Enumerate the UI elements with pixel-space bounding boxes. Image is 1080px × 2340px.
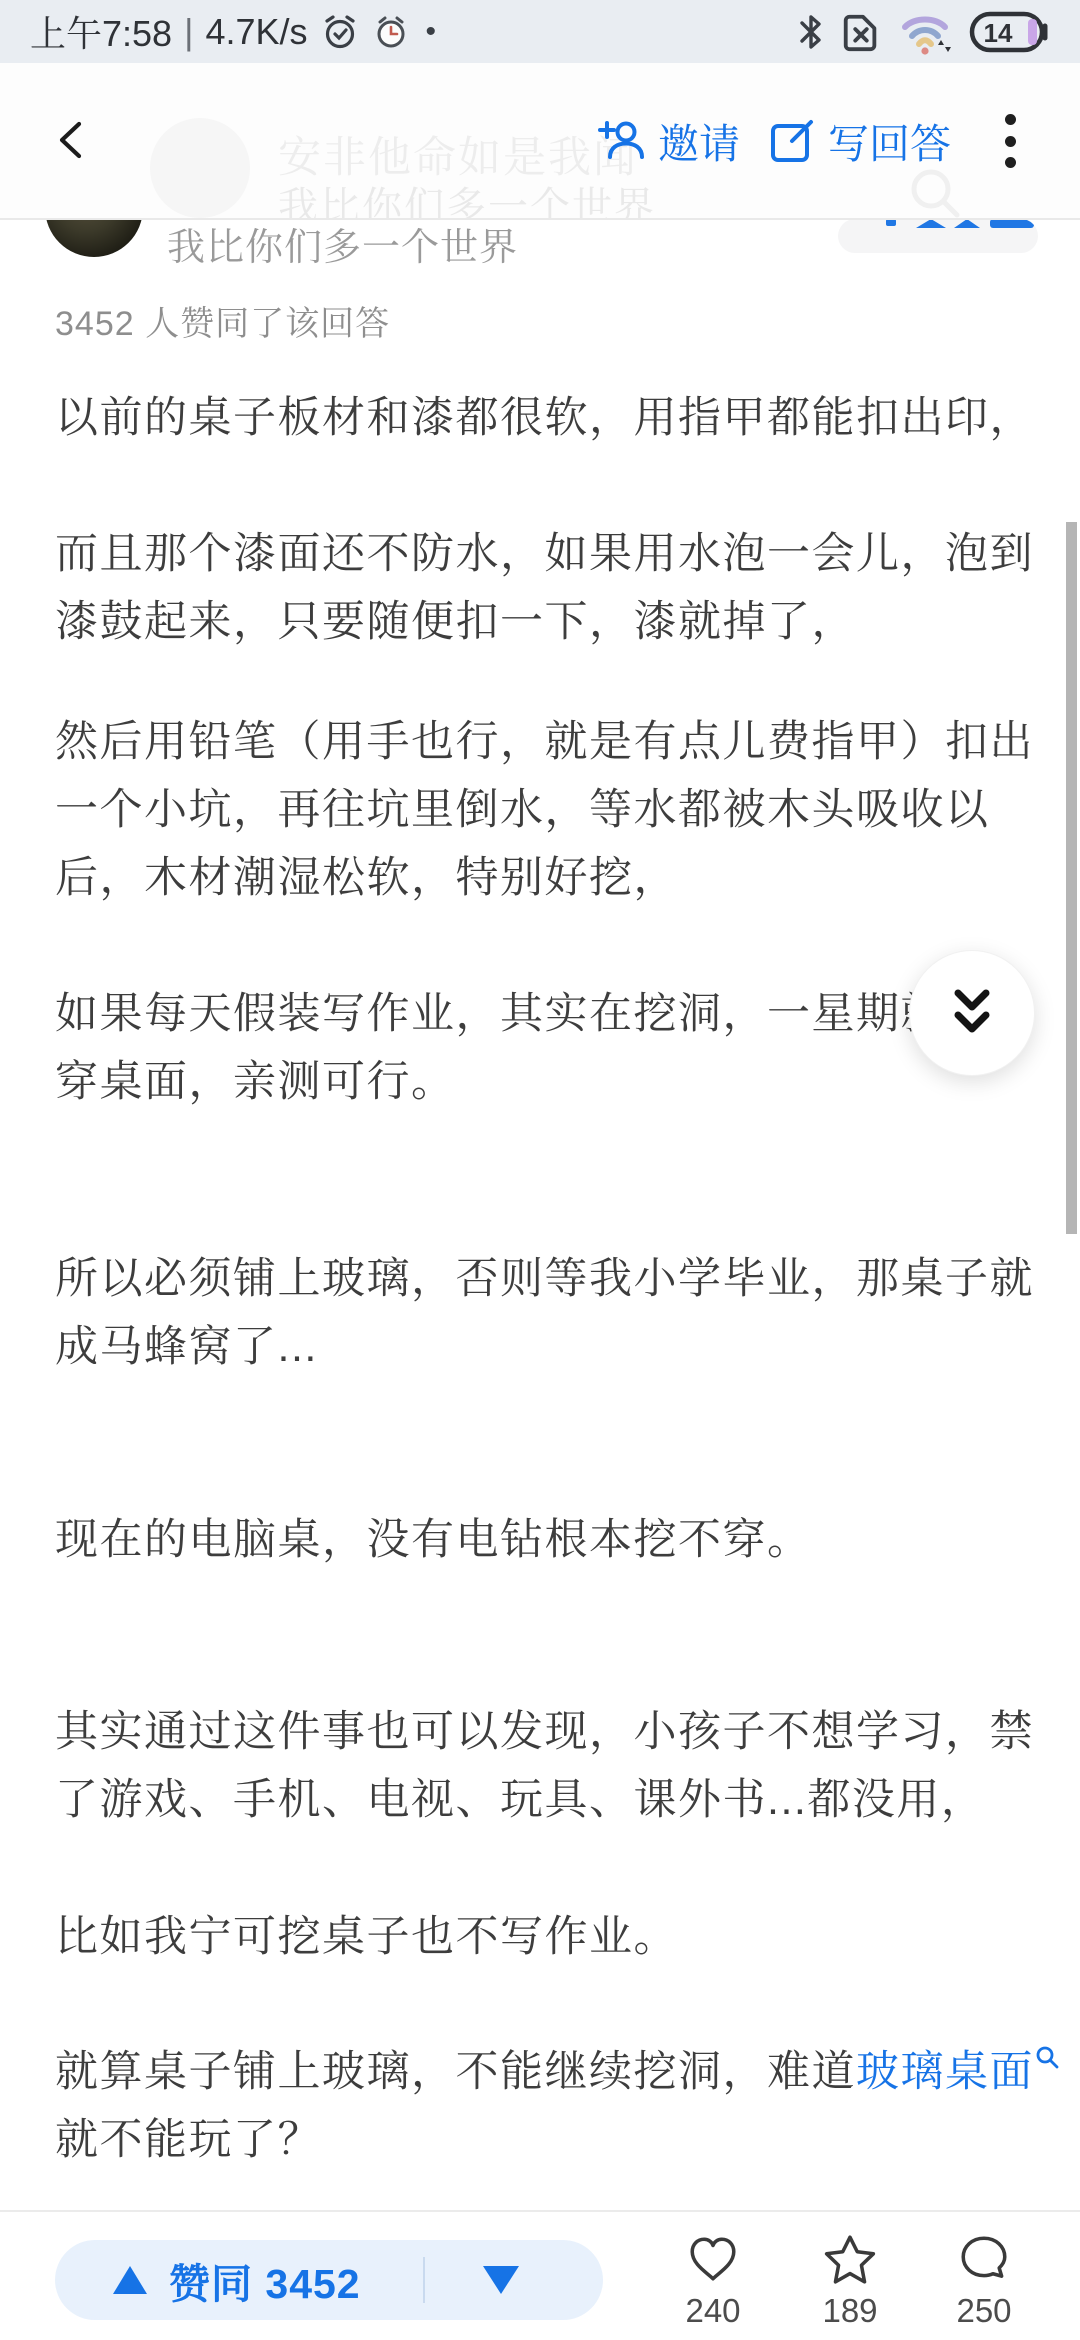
svg-text:14: 14 bbox=[984, 18, 1013, 48]
collapse-answer-fab[interactable] bbox=[909, 950, 1035, 1076]
write-answer-button[interactable]: 写回答 bbox=[766, 63, 951, 218]
answer-line: 其实通过这件事也可以发现，小孩子不想学习，禁 bbox=[55, 1698, 1034, 1766]
alarm-icon bbox=[320, 12, 360, 52]
toolbar: 安非他命如是我闻 我比你们多一个世界 邀请 bbox=[0, 63, 1080, 220]
answer-line: 穿桌面，亲测可行。 bbox=[55, 1048, 456, 1116]
battery-icon: 14 bbox=[968, 10, 1050, 54]
status-separator: | bbox=[184, 11, 193, 53]
answer-line: 如果每天假装写作业，其实在挖洞，一星期就挖 bbox=[55, 980, 990, 1048]
answer-line: 成马蜂窝了... bbox=[55, 1313, 318, 1381]
back-button[interactable] bbox=[48, 115, 98, 165]
status-bar: 上午7:58 | 4.7K/s • bbox=[0, 0, 1080, 63]
like-action[interactable]: 240 bbox=[671, 2232, 755, 2330]
answer-line-text: 就算桌子铺上玻璃，不能继续挖洞，难道 bbox=[55, 2048, 856, 2096]
status-time: 上午7:58 bbox=[30, 6, 172, 57]
comment-action[interactable]: 250 bbox=[942, 2232, 1026, 2330]
answer-line: 现在的电脑桌，没有电钻根本挖不穿。 bbox=[55, 1506, 812, 1574]
answer-line-with-link: 就算桌子铺上玻璃，不能继续挖洞，难道玻璃桌面 bbox=[55, 2038, 1060, 2106]
comment-count: 250 bbox=[942, 2292, 1026, 2330]
answer-line: 以前的桌子板材和漆都很软，用指甲都能扣出印， bbox=[55, 384, 1034, 452]
zhihu-answer-screen: 上午7:58 | 4.7K/s • bbox=[0, 0, 1080, 2340]
bottom-action-bar: 赞同 3452 240 189 250 bbox=[0, 2210, 1080, 2340]
link-search-icon[interactable] bbox=[1034, 2032, 1060, 2080]
notification-dot: • bbox=[426, 15, 437, 49]
like-count: 240 bbox=[671, 2292, 755, 2330]
answer-line: 一个小坑，再往坑里倒水，等水都被木头吸收以 bbox=[55, 776, 990, 844]
clock-emoji-icon bbox=[372, 13, 410, 51]
more-options-button[interactable] bbox=[998, 114, 1022, 168]
write-pencil-icon bbox=[766, 115, 818, 167]
invite-button[interactable]: 邀请 bbox=[596, 63, 740, 218]
answer-line: 而且那个漆面还不防水，如果用水泡一会儿，泡到 bbox=[55, 520, 1034, 588]
answer-line: 了游戏、手机、电视、玩具、课外书...都没用， bbox=[55, 1766, 985, 1834]
write-answer-label: 写回答 bbox=[828, 111, 951, 170]
vote-pill-divider bbox=[423, 2257, 425, 2303]
answer-line: 后，木材潮湿松软，特别好挖， bbox=[55, 844, 678, 912]
invite-person-plus-icon bbox=[596, 115, 648, 167]
favorite-action[interactable]: 189 bbox=[808, 2232, 892, 2330]
scrollbar-thumb[interactable] bbox=[1066, 522, 1077, 1234]
search-term-link[interactable]: 玻璃桌面 bbox=[856, 2048, 1034, 2096]
double-chevron-down-icon bbox=[940, 981, 1004, 1045]
ghost-author-avatar bbox=[150, 118, 250, 218]
answer-line: 比如我宁可挖桌子也不写作业。 bbox=[55, 1903, 678, 1971]
wifi-icon bbox=[898, 9, 952, 55]
upvote-triangle-icon[interactable] bbox=[113, 2266, 147, 2294]
network-speed: 4.7K/s bbox=[205, 11, 307, 53]
favorite-count: 189 bbox=[808, 2292, 892, 2330]
vote-pill: 赞同 3452 bbox=[55, 2240, 603, 2320]
upvote-button[interactable]: 赞同 3452 bbox=[169, 2251, 361, 2310]
answer-line: 然后用铅笔（用手也行，就是有点儿费指甲）扣出 bbox=[55, 708, 1034, 776]
upvote-summary: 3452 人赞同了该回答 bbox=[55, 296, 390, 345]
sim-missing-icon bbox=[840, 11, 882, 53]
answer-line: 所以必须铺上玻璃，否则等我小学毕业，那桌子就 bbox=[55, 1245, 1034, 1313]
follow-button-clipped[interactable] bbox=[838, 219, 1038, 253]
bluetooth-icon bbox=[798, 12, 824, 52]
author-bio: 我比你们多一个世界 bbox=[167, 216, 518, 271]
invite-label: 邀请 bbox=[658, 111, 740, 170]
downvote-button[interactable] bbox=[483, 2266, 519, 2294]
answer-line: 漆鼓起来，只要随便扣一下，漆就掉了， bbox=[55, 588, 856, 656]
answer-line: 就不能玩了？ bbox=[55, 2106, 322, 2174]
